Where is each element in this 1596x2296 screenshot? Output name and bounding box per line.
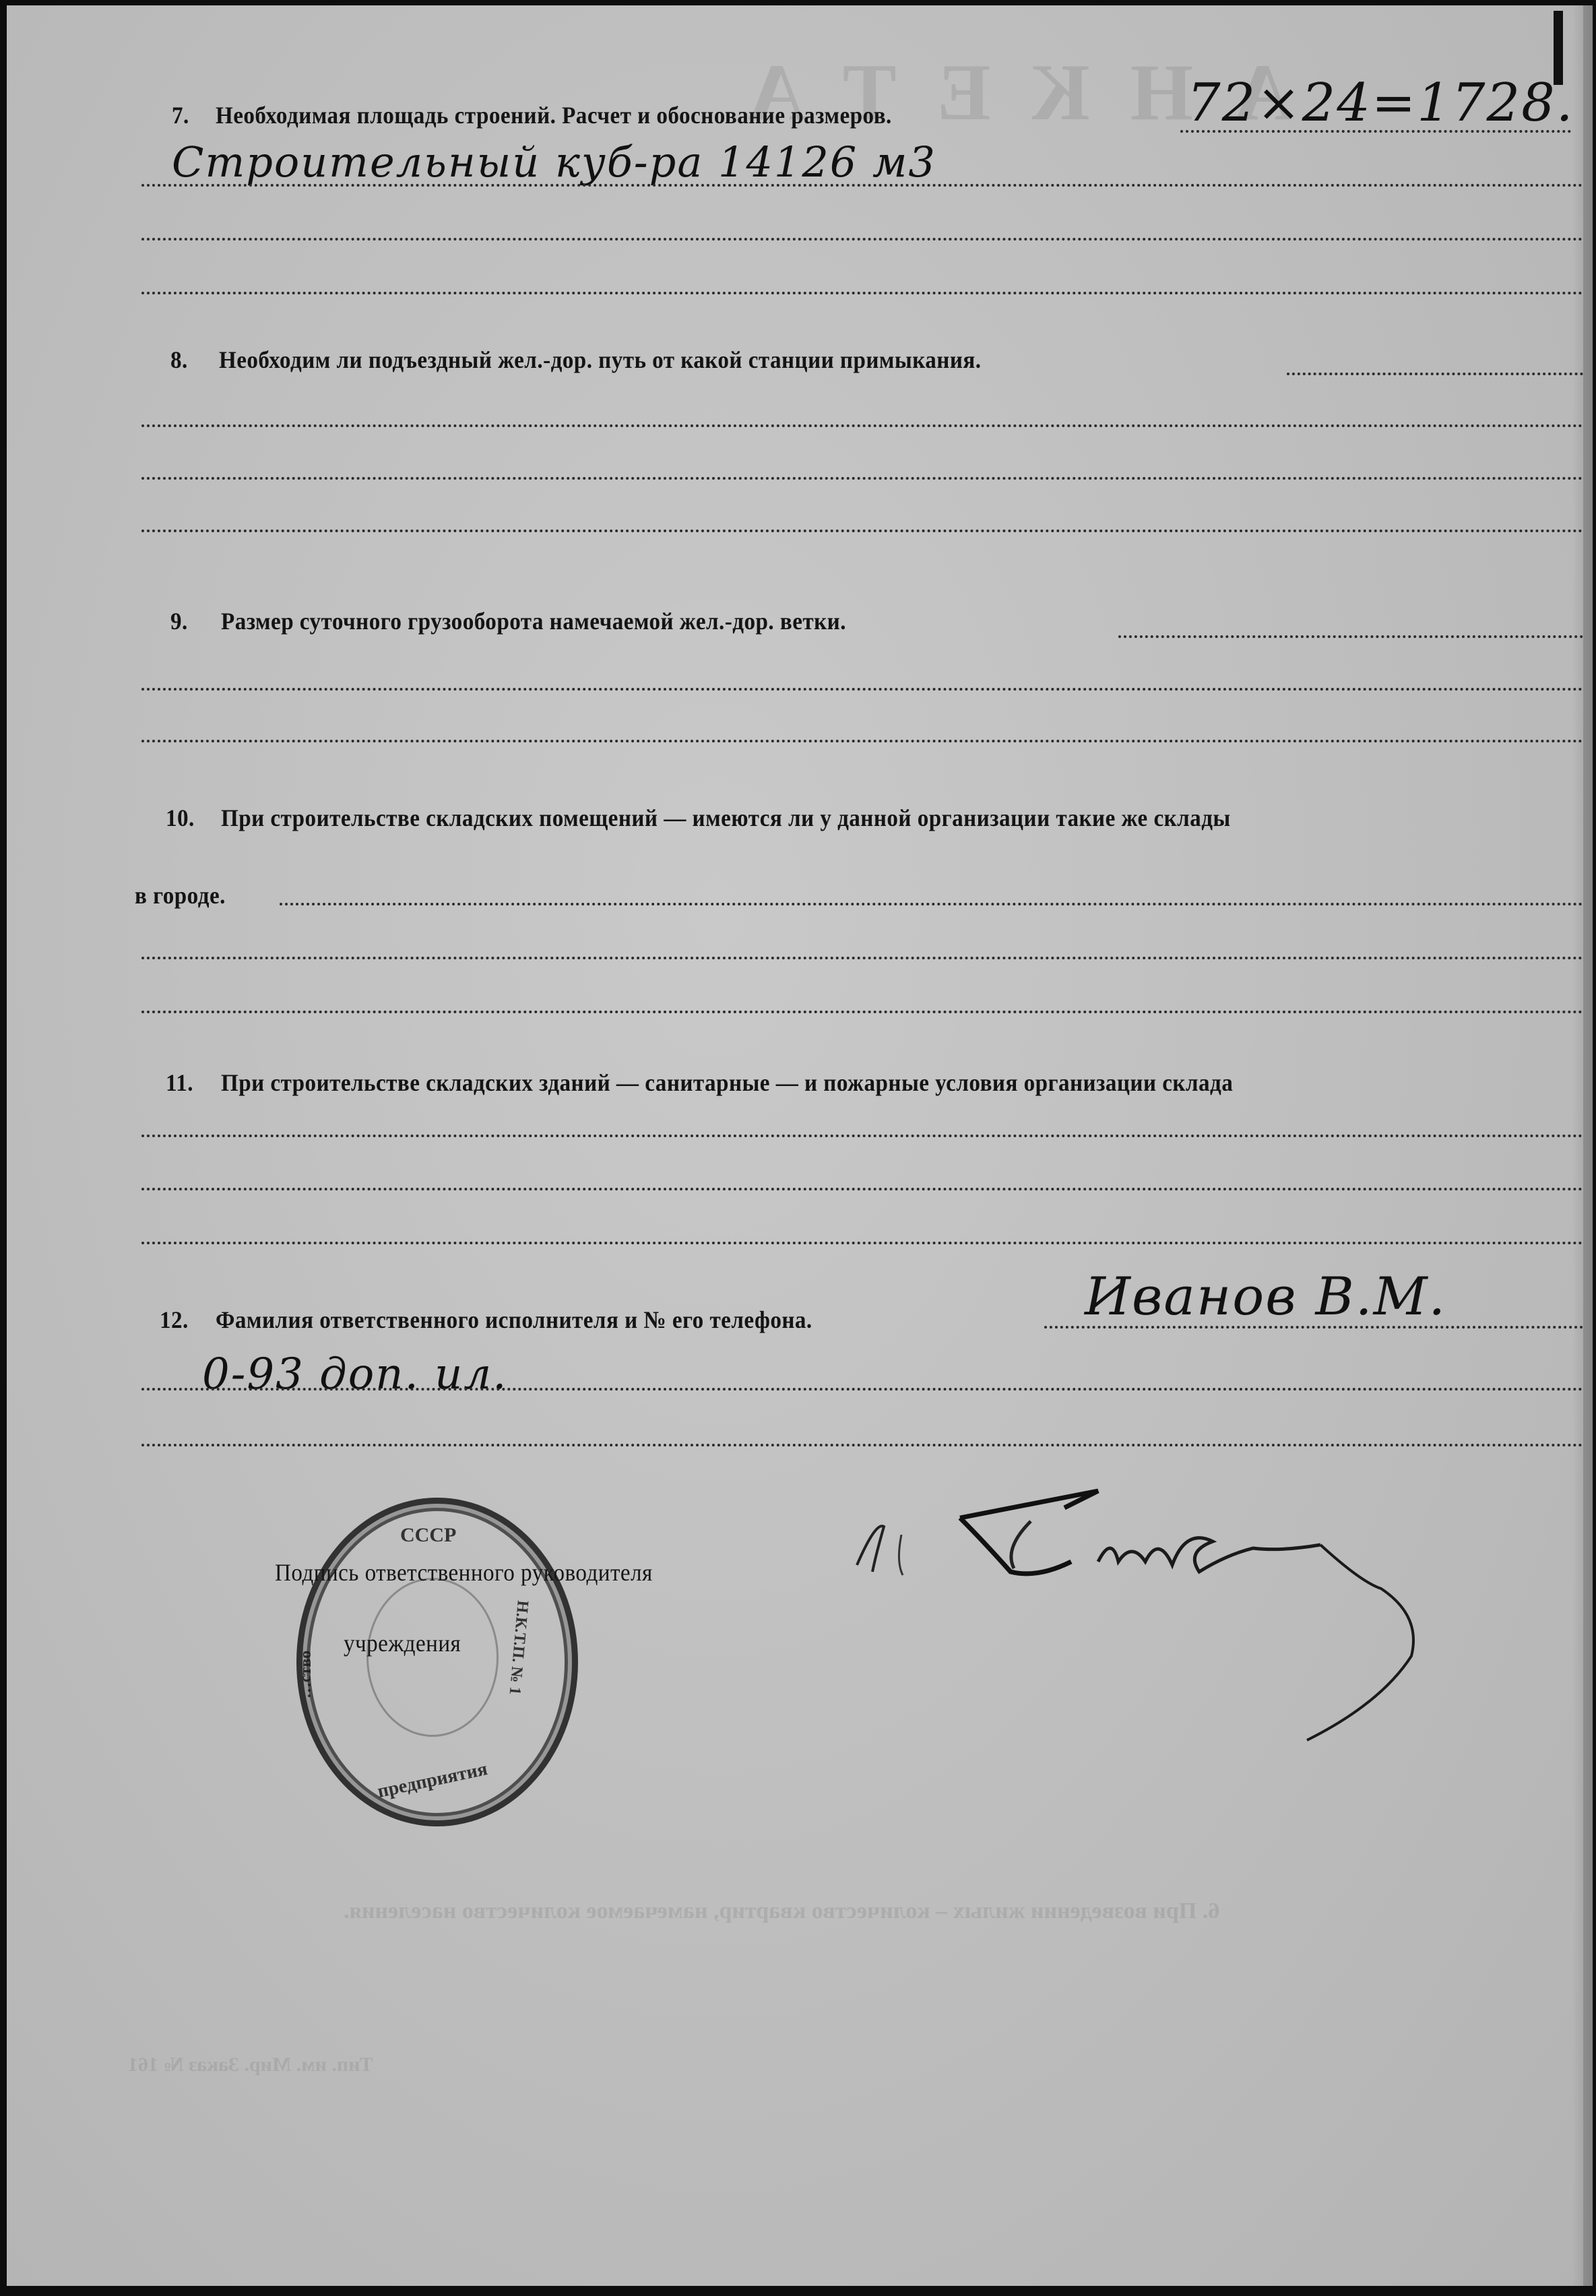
item-10-line-1 [141,957,1583,959]
signature-label: Подпись ответственного руководителя [275,1558,653,1587]
item-12-question: Фамилия ответственного исполнителя и № е… [216,1306,812,1334]
item-9-number: 9. [170,607,188,635]
item-10-question-cont: в городе. [135,881,226,910]
item-7-question: Необходимая площадь строений. Расчет и о… [216,101,892,129]
item-12-answer-inline: Иванов В.М. [1085,1267,1446,1327]
handwritten-signature [849,1454,1556,1757]
item-12-line-1 [141,1388,1583,1391]
item-10-question: При строительстве складских помещений — … [221,804,1231,832]
item-7-answer-line [1180,130,1571,133]
item-8-line-1 [141,424,1583,427]
item-12-answer-line [1044,1326,1583,1329]
stamp-ring-left: …ство [297,1651,315,1698]
item-9-line-1 [141,688,1583,691]
item-9-line-2 [141,740,1583,742]
item-7-line-3 [141,292,1583,294]
stamp-bottom-text: предприятия [375,1758,489,1803]
item-11-line-2 [141,1188,1583,1190]
item-8-number: 8. [170,346,188,374]
item-7-answer-inline: 72×24=1728. [1187,73,1574,133]
item-11-line-1 [141,1135,1583,1137]
item-7-answer-line-1: Строительный куб-ра 14126 м3 [172,137,936,187]
show-through-item6: 6. При возведении жилых – количество ква… [344,1899,1219,1924]
item-11-line-3 [141,1242,1583,1244]
item-11-question: При строительстве складских зданий — сан… [221,1069,1233,1097]
item-8-answer-line [1287,373,1583,375]
item-11-number: 11. [166,1069,193,1097]
item-10-line-2 [141,1011,1583,1013]
item-7-number: 7. [172,101,189,129]
show-through-printer: Тип. им. Мир. Заказ № 161 [128,2053,373,2076]
document-page: АНКЕТА 6. При возведении жилых – количес… [7,5,1593,2286]
official-stamp: СССР Н.К.Т.П. № 1 …ство предприятия [296,1498,578,1826]
item-8-line-3 [141,530,1583,532]
stamp-top-text: СССР [400,1524,456,1547]
item-10-number: 10. [166,804,195,832]
item-7-line-1 [141,184,1583,187]
item-12-line-2 [141,1444,1583,1446]
item-9-answer-line [1118,635,1583,638]
item-8-line-2 [141,477,1583,480]
stamp-emblem [366,1578,499,1737]
stamp-ring-right: Н.К.Т.П. № 1 [505,1599,532,1695]
item-10-answer-line [280,903,1583,905]
item-9-question: Размер суточного грузооборота намечаемой… [221,607,846,635]
signature-label-institution: учреждения [344,1629,461,1657]
item-12-number: 12. [160,1306,189,1334]
item-8-question: Необходим ли подъездный жел.-дор. путь о… [219,346,981,374]
item-7-line-2 [141,238,1583,241]
item-12-answer-line-1: 0-93 доп. ил. [202,1349,507,1399]
